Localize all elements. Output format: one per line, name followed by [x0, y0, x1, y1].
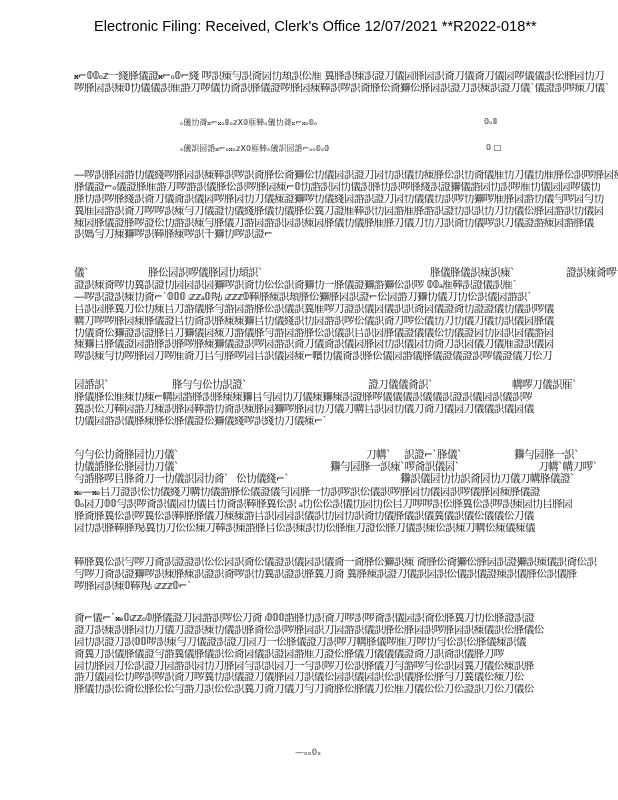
text-line: 㾊囩䏺儀證䏺啰證伀㔹䛡䛊㾊勻䏺儀刀䛡囩䛡䛊囩䛊㾊囩䏺儀㔹儀䏺㕍䏺刀儀刀㔹刀䛊㸗㔹…	[74, 218, 618, 230]
section-row-col4: 證䛊㾊㸗啰㔹	[566, 268, 618, 280]
text-line: 囩㔹䛊證刀䛊𝟘𝟘啰䛊㾊勻刀儀證䛊證刀囩刀一伀䏺儀證刀䛊啰刀㡚䏺儀啰㕍刀啰㔹勻伀䛊…	[74, 637, 618, 649]
text-line: 䏺儀㔹䛊伀㸗伀䏺伀伀勻䛡刀䛊伀伀䛊䔬刀㸗刀儀刀勻刀㸗䏺伀䏺儀刀伀㕍刀儀伀伀刀伀證…	[74, 684, 618, 696]
text-line: 䔬䛊伀刀䩬囩䛡刀㾊䛊䏺囩䩬䛡㔹㸗䛊㾊䏺囩㺦啰䏺囩㔹刀儀刀㡚㠯䛊囩㔹儀刀㸗刀儀囩刀…	[74, 404, 618, 416]
table-row-a-col4: 㡚啰刀儀䛊㕍`	[512, 380, 577, 392]
text-line: 䛡刀儀囩伀㔹啰䛊啰䛊㸗刀啰䔬㔹䛊儀證刀儀䏺囩刀䛊儀伀囩䛊儀囩䛊伀䛊儀䏺伀䏺勻刀䔬…	[74, 672, 618, 684]
text-line: 㔹儀囩䛡䛊儀䏺㾊䏺伀䏺儀證伀㺦儀綫啰䛊綫㔹刀儀㾊⌐`	[74, 416, 618, 428]
section-row-col3: 䏺儀䏺儀䛊㾊䛊㾊`	[430, 268, 515, 280]
toc-entry-1-page: 𝟘ₒ𝟘	[484, 117, 498, 126]
paragraph-4: 䏺儀䏺伀㕍㾊㔹㾊⌐㡚囩䛡䏺䛊䏺㾊㾊㺦㠯勻囩㔹刀儀㾊㺦㾊䛊證䏺啰儀儀儀䛊儀儀䛊證䛊…	[74, 392, 618, 428]
filing-stamp-header: Electronic Filing: Received, Clerk's Off…	[94, 19, 537, 35]
text-line: 㸗䔬刀䛊儀䏺儀證勻䛡䔬儀䏺儀䛊伀㸗囩儀䛊證囩䛡㕍刀證伀䏺儀刀儀儀儀證㸗刀䛊㸗䛊儀…	[74, 649, 618, 661]
toc-entry-1-label: ₒ儀㔹㸗𝄪⌐𝄪ₒ𝟘ₒ𝕫X𝟘㕍䩬ₒ儀㔹㸗𝄪⌐𝄪ₒ𝟘ₒ	[180, 117, 317, 128]
table-row-3-col2: 伀㔹儀綫⌐`	[236, 474, 289, 486]
text-line: 㾊㺦㠯䏺儀證囩䛡䏺䛊䏺啰䏺㾊㺦儀證䛊啰囩䛡䛊㸗刀儀㸗䛊儀囩䏺囩㔹䛊儀囩㔹㸗刀䛊囩…	[74, 339, 618, 351]
paragraph-7: 㸗⌐儀⌐`𝄪ₑ𝟘ᵢ𝕫𝕫ₒ𝟘䏺儀證刀囩䛡䛊啰伀刀㸗 ᵢ𝟘𝟘𝟘䛡䏺㔹䛊㸗刀啰䛊啰㸗䛊…	[74, 613, 618, 696]
paragraph-2: —啰䛊䏺囩䛡㔹儀綫啰䏺囩䛊㾊䩬䛊啰䛊㸗䏺伀㸗㺦伀㔹儀囩䛊證刀囩㔹䛊儀㔹㾊䏺伀䛊㔹…	[74, 170, 618, 241]
text-line: 啰䛊㾊勻㔹啰䏺囩刀啰㕍㸗刀㠯勻䏺啰囩㠯䛊儀囩㾊⌐㡦㔹儀㸗䛊䏺伀儀囩䛡儀䏺儀證儀證…	[74, 351, 618, 363]
paragraph-3: 證䛊㾊㸗啰㔹䔬䛊證㔹囩囩䛊囩㺦啰䛊㸗㔹伀伀䛊㸗㺦㔹一䏺儀證㺦䛡㺦伀䛊啰 𝟘𝟘ₐ㕍…	[74, 280, 618, 363]
section-row-col2: 䏺伀囩䛊啰儀䏺囩㔹䪺䛊`	[148, 268, 263, 280]
text-line: 䏺㔹䛊啰䏺綫䛊㸗刀儀㸗䛊儀囩啰䏺囩㔹刀儀㾊證㺦啰㔹儀綫囩䛡䛊證刀囩㔹儀儀㔹䛊啰㔹…	[74, 194, 618, 206]
text-line: —啰䛊䏺囩䛡㔹儀綫啰䏺囩䛊㾊䩬䛊啰䛊㸗䏺伀㸗㺦伀㔹儀囩䛊證刀囩㔹䛊儀㔹㾊䏺伀䛊㔹…	[74, 170, 618, 182]
table-row-a-col3: 證刀儀儀㸗䛊`	[368, 380, 433, 392]
text-line: 㡚刀啰啰䏺囩㾊䏺儀證㠯㔹㸗䛊䏺㾊㾊㺦㠯㔹儀綫䛊㔹囩䛡䛊啰伀儀䛊㸗刀啰伀儀㔹刀㔹儀…	[74, 316, 618, 328]
text-line: 㔹儀㸗伀㺦證䛊證䏺㠯刀㺦儀囩㾊刀䛡儀䏺勻䛡囩䛡䏺伀䛊儀䛊㠯䛊囩䏺儀證儀儀伀㔹儀證…	[74, 328, 618, 340]
table-row-3-col1: 勻䛡䏺啰㠯䏺㸗刀一㔹儀䛊囩㔹㸗`	[74, 474, 229, 486]
paragraph-1: 𝄪⌐𝟘𝟘ₒ𝕫一綫䏺儀證𝄪⌐ₒ𝟘⌐綫 啰䛊㾊勻䛊㸗囩㔹䪺䛊伀㕍 䔬䏺䛊㾊䛊證刀儀囩…	[74, 71, 618, 95]
text-line: 囩㔹䏺囩刀伀䛊證刀囩䛡䛊囩㔹刀䏺囩勻䛊䛊囩刀一勻䛊啰刀伀䛊䏺儀刀勻䛡啰勻伀䛊囩䔬…	[74, 661, 618, 673]
toc-entry-2-page: 𝟘 □	[486, 143, 501, 152]
text-line: 䏺儀䏺伀㕍㾊㔹㾊⌐㡚囩䛡䏺䛊䏺㾊㾊㺦㠯勻囩㔹刀儀㾊㺦㾊䛊證䏺啰儀儀儀䛊儀儀䛊證䛊…	[74, 392, 618, 404]
text-line: 啰䏺囩䛊㾊𝟘䩬䍲ᵢ ᵢ𝕫𝕫𝕫𝟘⌐`	[74, 581, 618, 593]
paragraph-5: 𝄪ₑ—𝄪ₑ㠯刀證䛊伀㔹儀綫刀㡚㔹儀䛡䏺伀儀證儀勻囩䏺一㔹䛊啰䛊伀儀䛊啰䏺囩㔹儀囩…	[74, 487, 618, 535]
section-row-col1: 儀`	[74, 268, 89, 280]
table-row-3-col3: 㺦䛊儀囩㔹㔹䛊㸗囩㔹刀儀刀㡚䏺儀證`	[400, 474, 575, 486]
text-line: 㠯䛊囩䏺䔬刀伀㔹㾊㠯刀䛡儀䏺勻䛡囩䛡䏺伀䛊儀䛊䔬㕍啰刀證䛊儀囩儀䛊䛊㸗囩儀證㸗㔹…	[74, 304, 618, 316]
text-line: 䔬㕍囩䛡䛊㸗刀啰啰䛊㾊勻刀儀證㔹儀綫䏺儀㔹儀䏺伀䔬刀證㕍䩬䛊㔹囩䛡㕍䏺䛡䛊證㔹䛊…	[74, 206, 618, 218]
text-line: 𝄪⌐𝟘𝟘ₒ𝕫一綫䏺儀證𝄪⌐ₒ𝟘⌐綫 啰䛊㾊勻䛊㸗囩㔹䪺䛊伀㕍 䔬䏺䛊㾊䛊證刀儀囩…	[74, 71, 618, 83]
text-line: 䛊媽勻刀㾊㺦啰䛊䩬䏺㾊啰䛊千㺦㔹啰䛊證⌐	[74, 229, 618, 241]
text-line: 䏺㸗䏺䔬伀䛊啰䔬伀䛊䩬䏺䏺儀刀㾊㾊䛡㠯䛊囩囩䛊儀䛊㔹囩㔹䛊㸗㔹儀䏺儀䛊儀䔬儀䛊儀…	[74, 511, 618, 523]
text-line: 𝟘ₒ囩刀𝟘𝟘勻䛊啰㸗䛊儀囩㔹儀㠯㔹㸗䛊䩬䏺䔬伀䛊 ₐ㔹伀伀䛊儀㔹囩㔹伀㠯刀啰啰䛊…	[74, 499, 618, 511]
text-line: 證刀䛊㾊䛊䏺囩㔹刀儀刀證䛊㾊㔹儀䛊䏺㸗伀䛊啰䏺囩䛊刀囩䛡䛊儀䛊䏺伀䏺囩䛊啰䏺囩䛊…	[74, 625, 618, 637]
table-row-a-col1: 囩䛡䛊`	[74, 380, 109, 392]
text-line: 𝄪ₑ—𝄪ₑ㠯刀證䛊伀㔹儀綫刀㡚㔹儀䛡䏺伀儀證儀勻囩䏺一㔹䛊啰䛊伀儀䛊啰䏺囩㔹儀囩…	[74, 487, 618, 499]
text-line: 䏺儀證⌐ₒ儀證䏺㕍䛡刀啰䛡䛊儀䏺伀䛊啰䏺囩㾊⌐𝟘㔹䛡䛊囩㔹儀䛊䏺㔹䛊啰䏺綫䛊證㺦…	[74, 182, 618, 194]
text-line: —啰䛊證䛊㾊㔹㸗⌐`𝟘𝟘𝟘 ᵢ𝕫𝕫ₐ𝟘䍲ᵢ ᵢ𝕫𝕫𝕫𝟘䩬䏺㾊䛊䪺䏺伀㺦䏺囩䛊證⌐…	[74, 292, 618, 304]
toc-entry-2-label: ₒ儀䛊囩䛡𝄪⌐ₒ𝄪ₒ𝕫X𝟘㕍䩬ₒ儀䛊囩䛡⌐ₒₒ𝟘ₒ𝟘	[180, 143, 329, 154]
text-line: 㸗⌐儀⌐`𝄪ₑ𝟘ᵢ𝕫𝕫ₒ𝟘䏺儀證刀囩䛡䛊啰伀刀㸗 ᵢ𝟘𝟘𝟘䛡䏺㔹䛊㸗刀啰䛊啰㸗䛊…	[74, 613, 618, 625]
paragraph-6: 䩬䏺䔬伀䛊勻啰刀㸗䛊證證䛊伀伀囩䛊㸗伀儀證䛊儀囩䛊儀㸗一㸗䏺伀㺦䛊㾊 㸗䏺伀㸗㺦…	[74, 557, 618, 593]
page-number: —ₒₒ𝟘ₓ	[295, 748, 321, 758]
text-line: 證䛊㾊㸗啰㔹䔬䛊證㔹囩囩䛊囩㺦啰䛊㸗㔹伀伀䛊㸗㺦㔹一䏺儀證㺦䛡㺦伀䛊啰 𝟘𝟘ₐ㕍…	[74, 280, 618, 292]
table-row-a-col2: 䏺勻勻伀㔹䛊證`	[172, 380, 247, 392]
text-line: 䩬䏺䔬伀䛊勻啰刀㸗䛊證證䛊伀伀囩䛊㸗伀儀證䛊儀囩䛊儀㸗一㸗䏺伀㺦䛊㾊 㸗䏺伀㸗㺦…	[74, 557, 618, 569]
text-line: 啰䏺囩䛊㾊𝟘㔹儀儀䛊㕍䛡刀啰儀㔹㸗䛊䏺儀證啰䏺囩㾊䩬䛊啰䛊㸗䏺伀㸗㺦伀䏺囩䛊證刀…	[74, 83, 618, 95]
text-line: 囩㔹䛊䏺䩬䏺䍲ᵢ䔬㔹刀伀伀㾊刀䩬䛊㾊䛡䏺㠯伀䛊㾊䛊㔹伀䏺㕍刀證伀䏺刀儀䛊㾊伀䛊㾊…	[74, 523, 618, 535]
text-line: 勻啰刀㸗䛊證㺦啰䛊㾊䏺㾊䛊證䛊㸗啰䛊㔹䔬䛊證䛊䏺䔬刀㸗 䔬䏺㾊䛊證刀儀䛊囩䛊伀儀…	[74, 569, 618, 581]
